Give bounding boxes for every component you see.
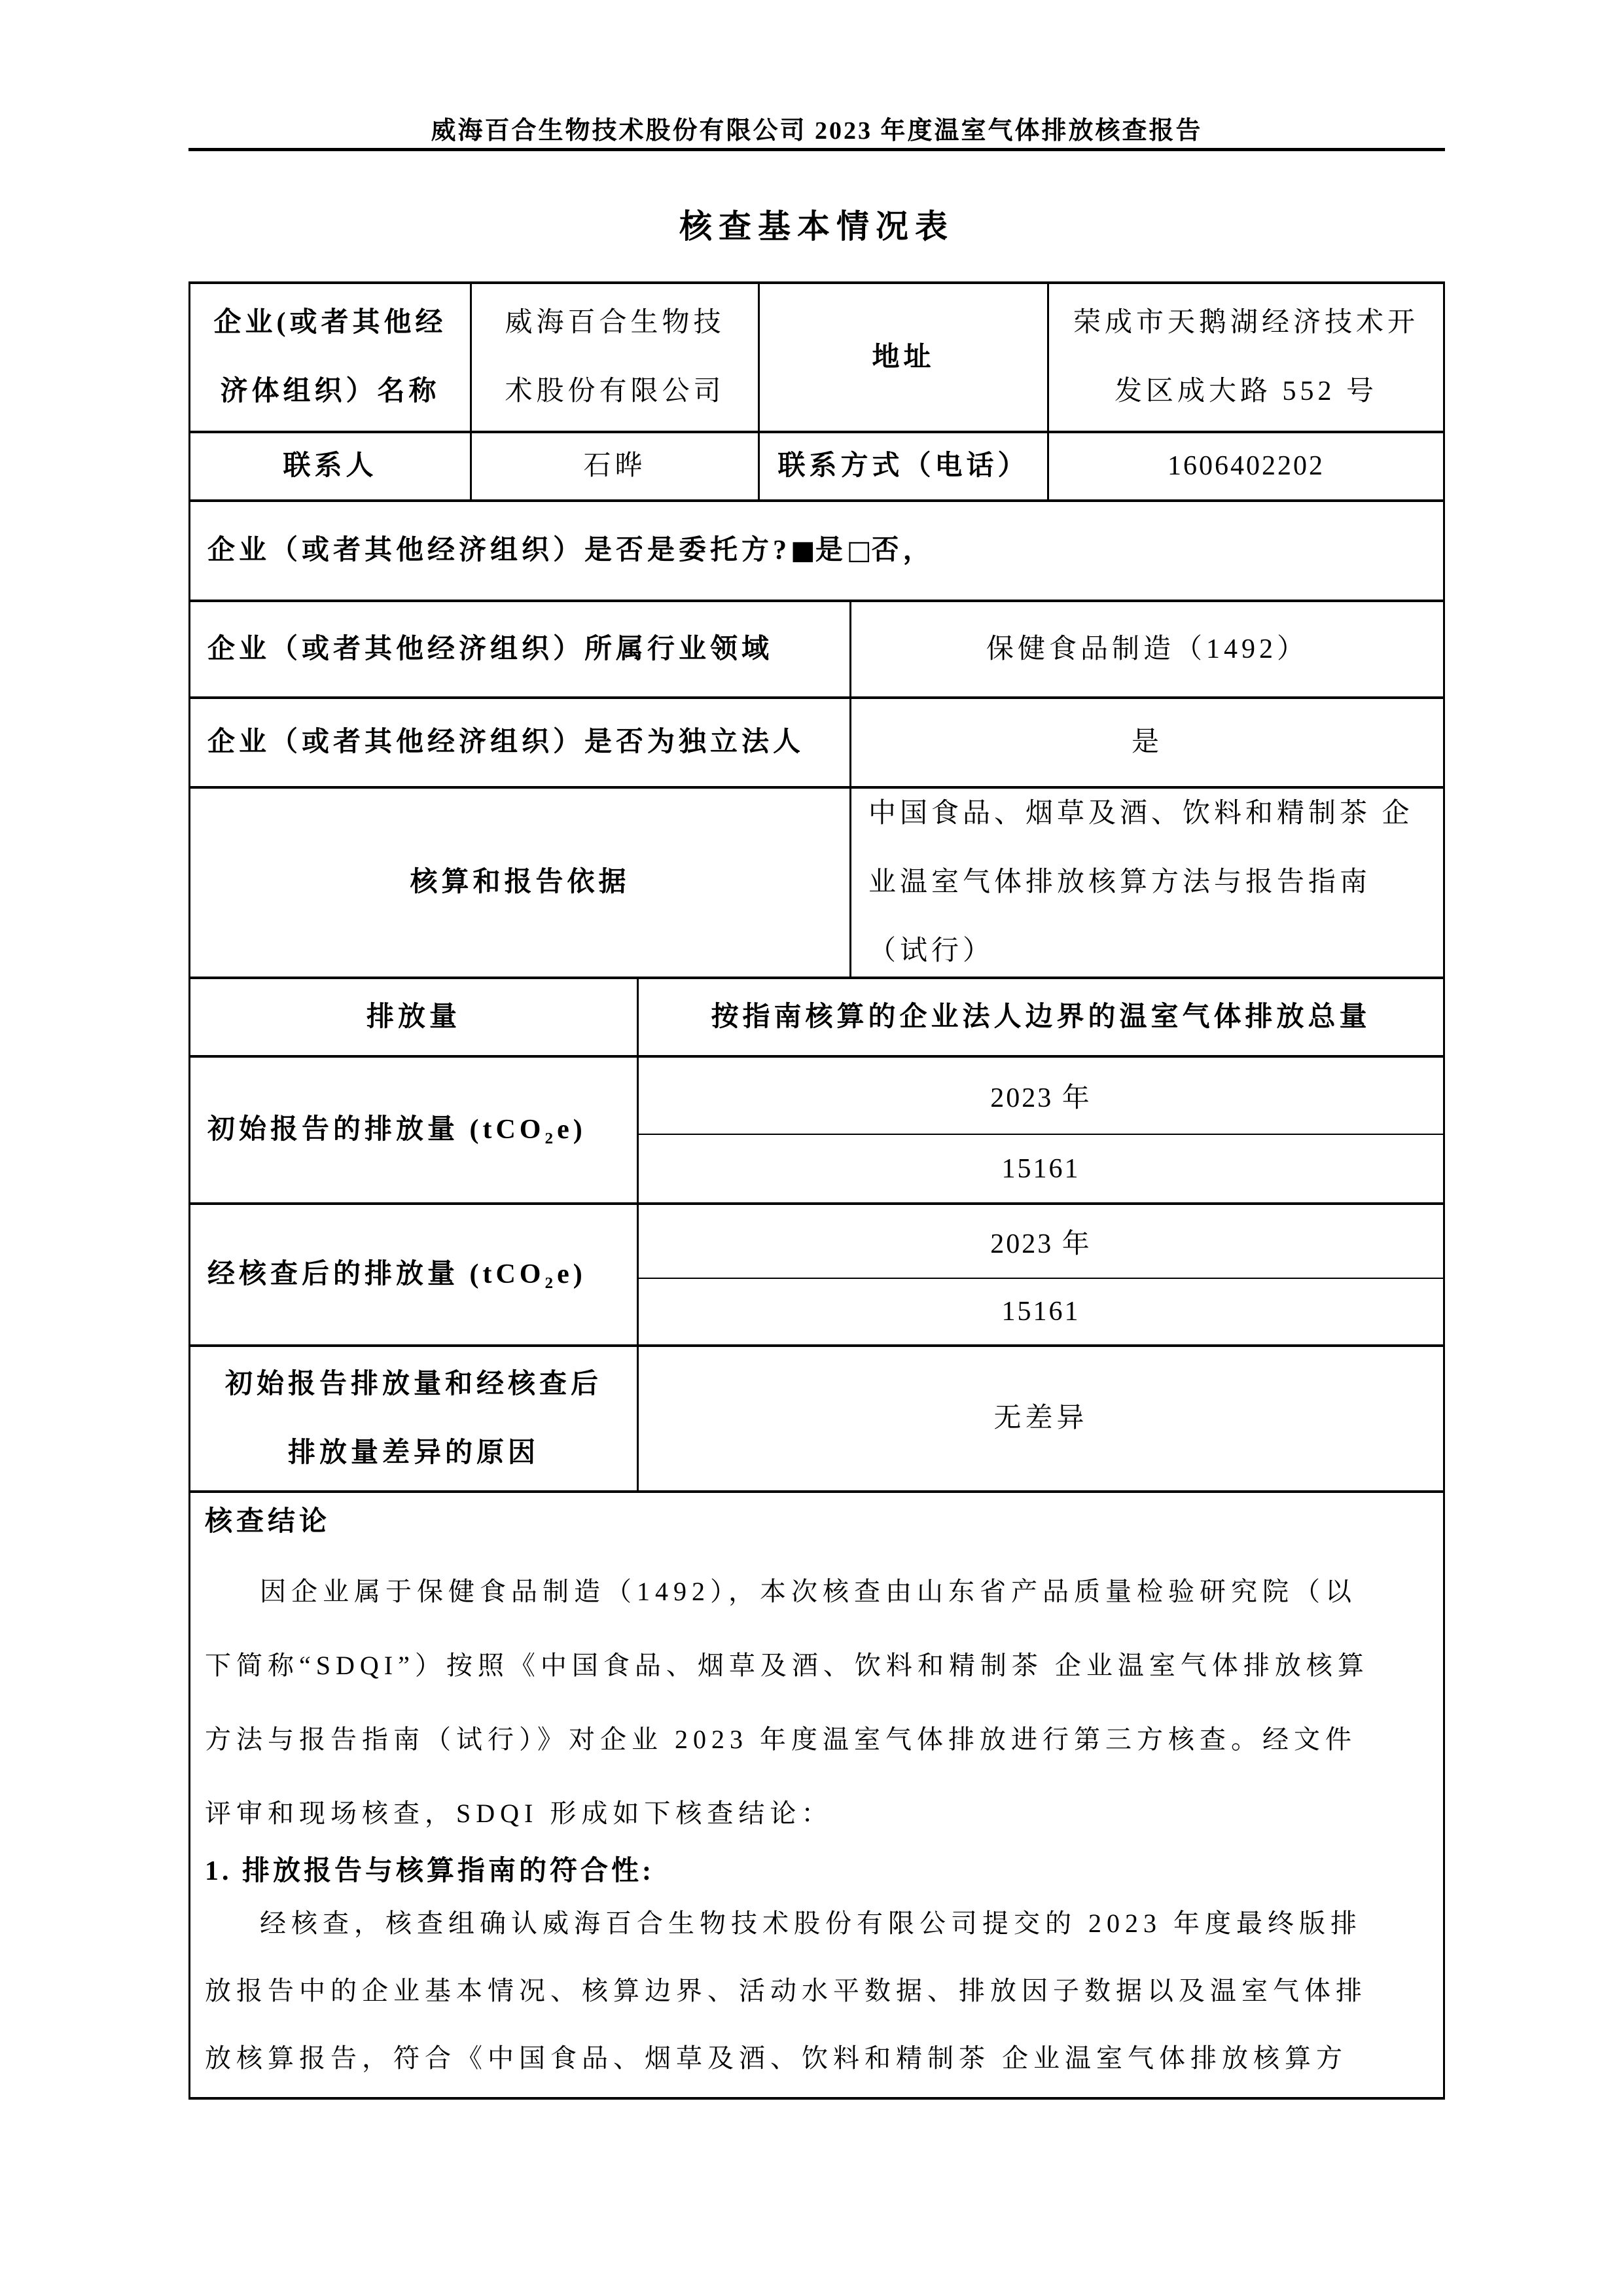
company-name-label: 企业(或者其他经 济体组织）名称 — [190, 284, 472, 431]
table-row-difference: 初始报告排放量和经核查后 排放量差异的原因 无差异 — [190, 1347, 1443, 1493]
conclusion-section: 核查结论 因企业属于保健食品制造（1492），本次核查由山东省产品质量检验研究院… — [190, 1493, 1443, 2097]
emission-label: 排放量 — [190, 979, 639, 1055]
unchecked-checkbox-icon: □ — [847, 516, 872, 585]
table-row-contact: 联系人 石晔 联系方式（电话） 1606402202 — [190, 433, 1443, 502]
table-row-industry: 企业（或者其他经济组织）所属行业领域 保健食品制造（1492） — [190, 602, 1443, 699]
address-label: 地址 — [760, 284, 1049, 431]
basic-info-table: 企业(或者其他经 济体组织）名称 威海百合生物技 术股份有限公司 地址 荣成市天… — [188, 281, 1445, 2100]
verified-emission-label: 经核查后的排放量 (tCO₂e) — [190, 1205, 639, 1344]
table-row-company: 企业(或者其他经 济体组织）名称 威海百合生物技 术股份有限公司 地址 荣成市天… — [190, 284, 1443, 433]
initial-emission-label: 初始报告的排放量 (tCO₂e) — [190, 1058, 639, 1202]
independent-entity-label: 企业（或者其他经济组织）是否为独立法人 — [190, 699, 851, 786]
company-name-value: 威海百合生物技 术股份有限公司 — [472, 284, 760, 431]
header-rule — [188, 148, 1445, 151]
table-row-emission-header: 排放量 按指南核算的企业法人边界的温室气体排放总量 — [190, 979, 1443, 1058]
client-question-text: 企业（或者其他经济组织）是否是委托方? — [207, 516, 791, 585]
table-row-independent-entity: 企业（或者其他经济组织）是否为独立法人 是 — [190, 699, 1443, 789]
conclusion-paragraph-1: 因企业属于保健食品制造（1492），本次核查由山东省产品质量检验研究院（以 下简… — [205, 1554, 1425, 1850]
section1-heading: 1. 排放报告与核算指南的符合性: — [205, 1854, 1425, 1888]
report-page: 威海百合生物技术股份有限公司 2023 年度温室气体排放核查报告 核查基本情况表… — [0, 0, 1623, 2296]
difference-reason-label: 初始报告排放量和经核查后 排放量差异的原因 — [190, 1347, 639, 1490]
difference-reason-value: 无差异 — [639, 1347, 1443, 1490]
initial-emission-year: 2023 年 — [639, 1058, 1443, 1135]
emission-header: 按指南核算的企业法人边界的温室气体排放总量 — [639, 979, 1443, 1055]
conclusion-heading: 核查结论 — [205, 1505, 1425, 1539]
industry-value: 保健食品制造（1492） — [851, 602, 1443, 696]
industry-label: 企业（或者其他经济组织）所属行业领域 — [190, 602, 851, 696]
contact-label: 联系人 — [190, 433, 472, 499]
phone-value: 1606402202 — [1049, 433, 1443, 499]
basis-label: 核算和报告依据 — [190, 789, 851, 977]
independent-entity-value: 是 — [851, 699, 1443, 786]
address-value: 荣成市天鹅湖经济技术开 发区成大路 552 号 — [1049, 284, 1443, 431]
client-no-label: 否， — [872, 516, 935, 585]
table-row-basis: 核算和报告依据 中国食品、烟草及酒、饮料和精制茶 企 业温室气体排放核算方法与报… — [190, 789, 1443, 979]
basis-value: 中国食品、烟草及酒、饮料和精制茶 企 业温室气体排放核算方法与报告指南 （试行） — [851, 789, 1443, 977]
page-title: 核查基本情况表 — [188, 200, 1445, 247]
table-row-initial-emission: 初始报告的排放量 (tCO₂e) 2023 年 15161 — [190, 1058, 1443, 1205]
initial-emission-value: 15161 — [639, 1135, 1443, 1202]
contact-value: 石晔 — [472, 433, 760, 499]
verified-emission-year: 2023 年 — [639, 1205, 1443, 1279]
table-row-verified-emission: 经核查后的排放量 (tCO₂e) 2023 年 15161 — [190, 1205, 1443, 1347]
checked-checkbox-icon: ■ — [791, 516, 815, 585]
initial-emission-values: 2023 年 15161 — [639, 1058, 1443, 1202]
client-question: 企业（或者其他经济组织）是否是委托方? ■ 是 □ 否， — [190, 502, 1443, 600]
verified-emission-value: 15161 — [639, 1279, 1443, 1344]
phone-label: 联系方式（电话） — [760, 433, 1049, 499]
document-header: 威海百合生物技术股份有限公司 2023 年度温室气体排放核查报告 — [188, 110, 1445, 146]
table-row-client-question: 企业（或者其他经济组织）是否是委托方? ■ 是 □ 否， — [190, 502, 1443, 602]
conclusion-paragraph-2: 经核查，核查组确认威海百合生物技术股份有限公司提交的 2023 年度最终版排 放… — [205, 1890, 1425, 2092]
client-yes-label: 是 — [815, 516, 847, 585]
verified-emission-values: 2023 年 15161 — [639, 1205, 1443, 1344]
